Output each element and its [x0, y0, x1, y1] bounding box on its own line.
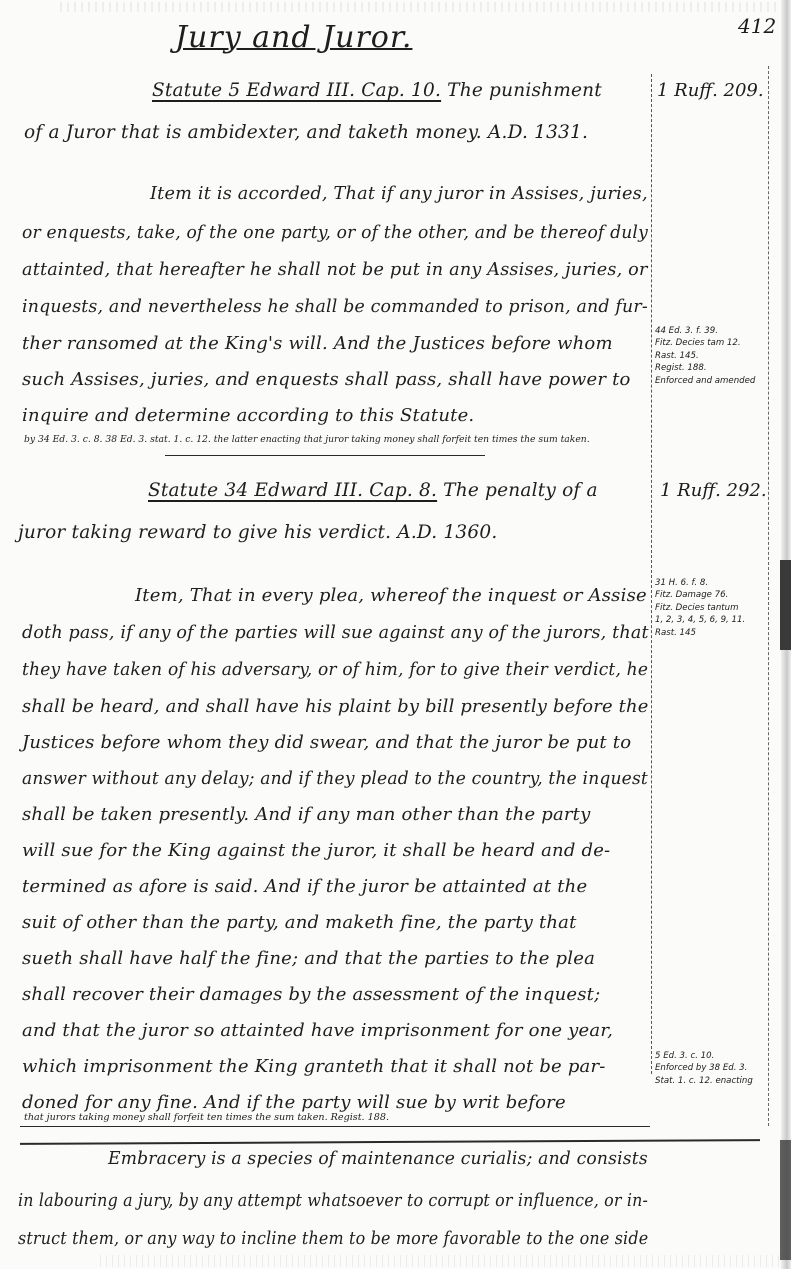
text-line: or enquests, take, of the one party, or …: [22, 222, 648, 243]
page-title: Jury and Juror.: [175, 20, 412, 55]
margin-note: Rast. 145: [655, 627, 745, 639]
text-line: ther ransomed at the King's will. And th…: [22, 333, 613, 354]
text-line: Embracery is a species of maintenance cu…: [108, 1148, 648, 1169]
page-number: 412: [738, 14, 776, 38]
margin-note: 1, 2, 3, 4, 5, 6, 9, 11.: [655, 614, 745, 626]
text-line: inquests, and nevertheless he shall be c…: [22, 296, 648, 317]
text-line: will sue for the King against the juror,…: [22, 840, 610, 861]
text-line: shall be heard, and shall have his plain…: [22, 696, 649, 717]
margin-notes: 44 Ed. 3. f. 39. Fitz. Decies tam 12. Ra…: [655, 325, 755, 387]
margin-note: Regist. 188.: [655, 362, 755, 374]
text-line: they have taken of his adversary, or of …: [22, 659, 648, 680]
section-divider: [165, 455, 485, 456]
margin-notes: 5 Ed. 3. c. 10. Enforced by 38 Ed. 3. St…: [655, 1050, 753, 1087]
text-line: doned for any fine. And if the party wil…: [22, 1092, 566, 1113]
text-line: shall recover their damages by the asses…: [22, 984, 600, 1005]
manuscript-page: Jury and Juror. 412 Statute 5 Edward III…: [0, 0, 791, 1269]
text-line: in labouring a jury, by any attempt what…: [18, 1190, 648, 1211]
text-line: Item it is accorded, That if any juror i…: [150, 183, 648, 204]
margin-note: 44 Ed. 3. f. 39.: [655, 325, 755, 337]
margin-reference: 1 Ruff. 209.: [657, 80, 764, 101]
margin-note: Rast. 145.: [655, 350, 755, 362]
scan-noise-top: [60, 2, 791, 12]
section-divider: [20, 1126, 650, 1127]
text-line: inquire and determine according to this …: [22, 405, 474, 426]
statute-heading: Statute 5 Edward III. Cap. 10. The punis…: [152, 80, 602, 101]
text-line: and that the juror so attainted have imp…: [22, 1020, 613, 1041]
page-edge-dark-spot: [780, 1140, 791, 1260]
footnote: that jurors taking money shall forfeit t…: [24, 1112, 389, 1123]
text-line: shall be taken presently. And if any man…: [22, 804, 591, 825]
text-line: answer without any delay; and if they pl…: [22, 768, 648, 789]
text-line: attainted, that hereafter he shall not b…: [22, 259, 648, 280]
margin-column-left-border: [651, 74, 652, 1074]
margin-note: Stat. 1. c. 12. enacting: [655, 1075, 753, 1087]
margin-note: Fitz. Decies tantum: [655, 602, 745, 614]
scan-noise-bottom: [100, 1255, 791, 1267]
statute-citation: Statute 5 Edward III. Cap. 10.: [152, 80, 441, 101]
text-line: which imprisonment the King granteth tha…: [22, 1056, 606, 1077]
text-line: Justices before whom they did swear, and…: [22, 732, 631, 753]
margin-note: Enforced by 38 Ed. 3.: [655, 1062, 753, 1074]
text-line: termined as afore is said. And if the ju…: [22, 876, 587, 897]
text-line: doth pass, if any of the parties will su…: [22, 622, 649, 643]
statute-heading: Statute 34 Edward III. Cap. 8. The penal…: [148, 480, 598, 501]
statute-citation: Statute 34 Edward III. Cap. 8.: [148, 480, 437, 501]
margin-notes: 31 H. 6. f. 8. Fitz. Damage 76. Fitz. De…: [655, 577, 745, 639]
margin-column-right-border: [768, 66, 769, 1126]
section-divider: [20, 1139, 760, 1145]
margin-note: 31 H. 6. f. 8.: [655, 577, 745, 589]
margin-note: 5 Ed. 3. c. 10.: [655, 1050, 753, 1062]
statute-subject: The punishment: [447, 80, 602, 101]
statute-heading-continued: of a Juror that is ambidexter, and taket…: [24, 122, 588, 143]
margin-note: Enforced and amended: [655, 375, 755, 387]
text-line: Item, That in every plea, whereof the in…: [135, 585, 647, 606]
statute-heading-continued: juror taking reward to give his verdict.…: [18, 522, 497, 543]
margin-reference: 1 Ruff. 292.: [660, 480, 767, 501]
text-line: struct them, or any way to incline them …: [18, 1228, 648, 1249]
margin-note: Fitz. Decies tam 12.: [655, 337, 755, 349]
text-line: suit of other than the party, and maketh…: [22, 912, 577, 933]
footnote: by 34 Ed. 3. c. 8. 38 Ed. 3. stat. 1. c.…: [24, 434, 590, 445]
margin-note: Fitz. Damage 76.: [655, 589, 745, 601]
statute-subject: The penalty of a: [443, 480, 598, 501]
text-line: sueth shall have half the fine; and that…: [22, 948, 595, 969]
page-edge-dark-spot: [780, 560, 791, 650]
text-line: such Assises, juries, and enquests shall…: [22, 369, 631, 390]
